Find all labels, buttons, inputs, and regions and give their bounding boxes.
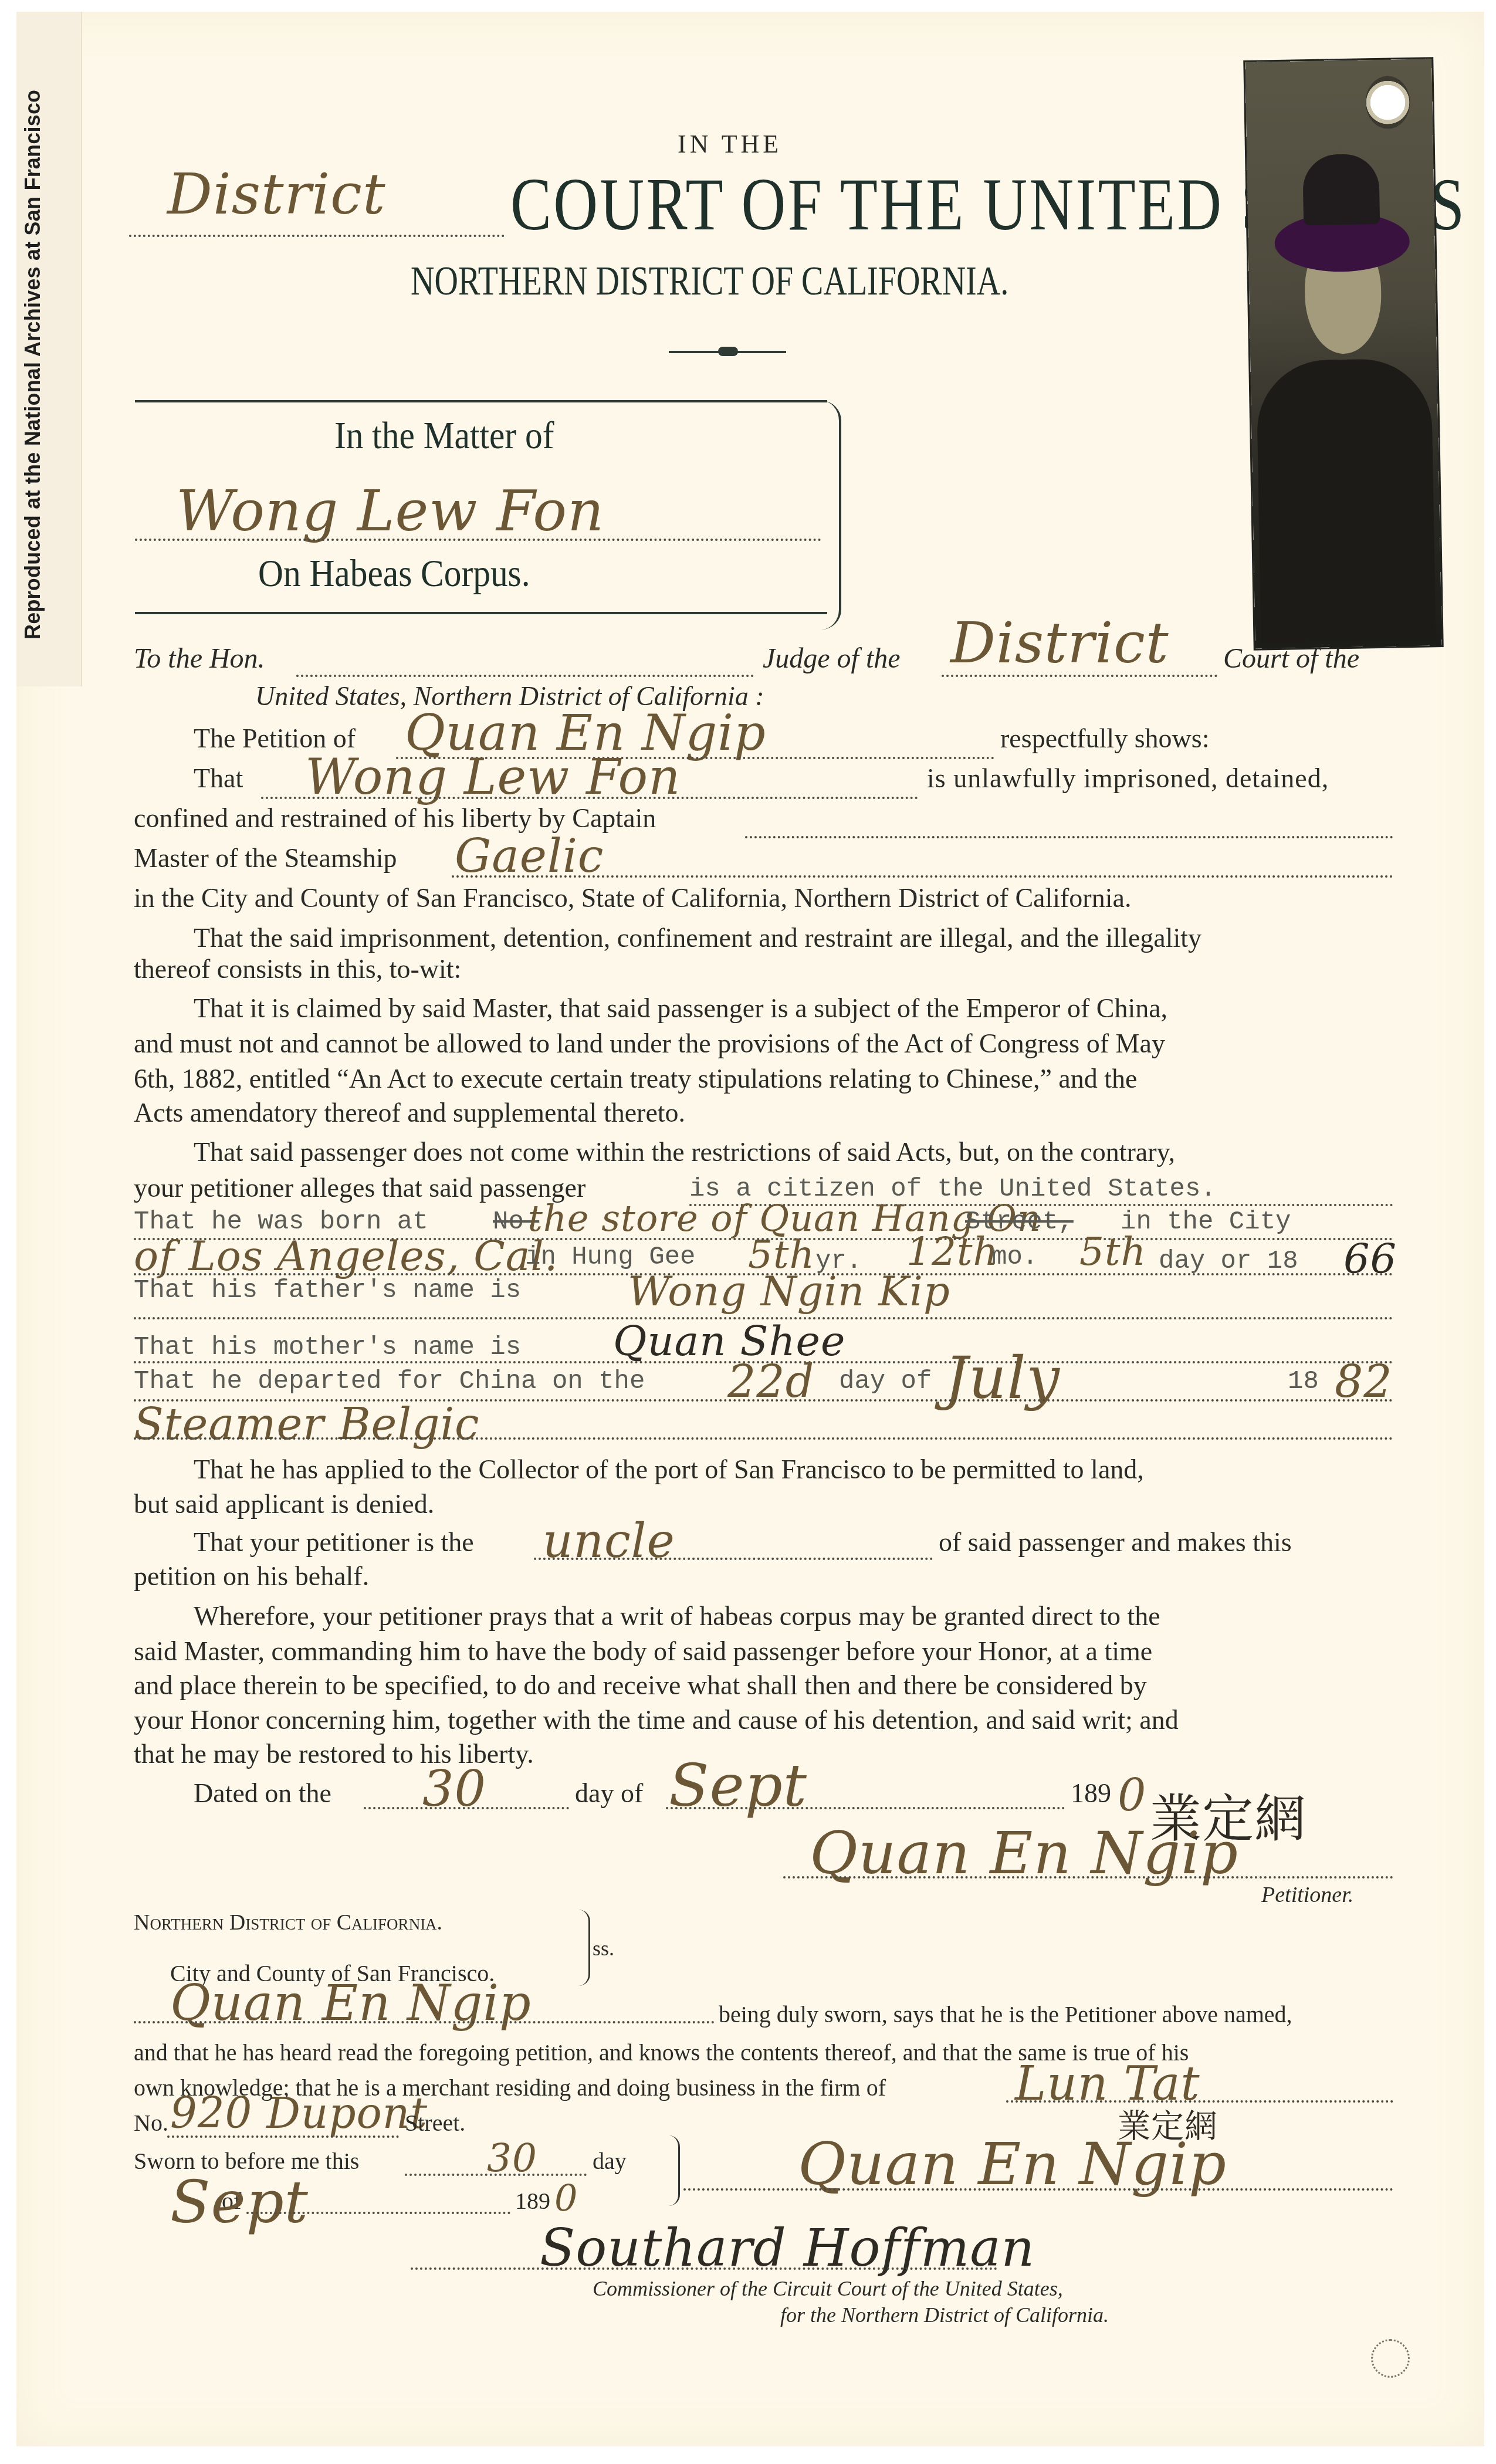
born-day-or: day or 18 — [1159, 1247, 1298, 1276]
relation-rest: of said passenger and makes this — [939, 1527, 1292, 1558]
passenger-name-line — [261, 797, 918, 799]
ss-label: ss. — [593, 1936, 614, 1961]
court-handwritten: District — [950, 610, 1169, 676]
para-claimed-4: Acts amendatory thereof and supplemental… — [134, 1097, 685, 1128]
dated-day-of: day of — [575, 1778, 643, 1809]
district-heading: NORTHERN DISTRICT OF CALIFORNIA. — [411, 258, 1008, 305]
caption-name-line — [135, 539, 821, 541]
sworn-day-label: day — [593, 2147, 627, 2175]
street-line — [167, 2135, 399, 2138]
that-label: That — [194, 763, 243, 794]
departed-ship-line — [134, 1437, 1393, 1440]
affiant-signature-line — [683, 2188, 1393, 2191]
judge-of-the: Judge of the — [763, 642, 901, 675]
born-day-handwritten: 5th — [1079, 1229, 1146, 1274]
para-illegal-2: thereof consists in this, to-wit: — [134, 953, 461, 984]
street-handwritten: 920 Dupont — [170, 2089, 428, 2138]
father-name-handwritten: Wong Ngin Kip — [628, 1267, 950, 1315]
dated-month-handwritten: Sept — [669, 1751, 807, 1820]
sworn-day-line — [405, 2174, 587, 2176]
court-type-line — [129, 235, 505, 237]
court-of-the: Court of the — [1223, 642, 1359, 675]
born-mo: mo. — [991, 1243, 1038, 1272]
relation-handwritten: uncle — [543, 1514, 675, 1568]
sworn-month-handwritten: Sept — [170, 2168, 309, 2236]
city-line: in the City and County of San Francisco,… — [134, 882, 1131, 913]
venue-line1: Northern District of California. — [134, 1910, 442, 1935]
para-not-within-1: That said passenger does not come within… — [194, 1136, 1175, 1167]
para-illegal-1: That the said imprisonment, detention, c… — [194, 922, 1201, 953]
sworn-year-handwritten: 0 — [554, 2177, 578, 2219]
photo-figure-body — [1256, 358, 1436, 642]
relation-label: That your petitioner is the — [194, 1527, 474, 1558]
commissioner-signature-line — [411, 2267, 997, 2270]
unlawfully-text: is unlawfully imprisoned, detained, — [927, 763, 1329, 794]
born-year-suffix-handwritten: 66 — [1343, 1235, 1397, 1283]
para-wherefore-3: and place therein to be specified, to do… — [134, 1670, 1147, 1701]
relation-line2: petition on his behalf. — [134, 1561, 369, 1592]
departed-ship-handwritten: Steamer Belgic — [134, 1399, 480, 1450]
photo-hat-crown — [1302, 154, 1380, 225]
petitioner-signature-line — [783, 1876, 1393, 1879]
photo-rivet-hole — [1365, 76, 1411, 129]
petitioner-label: Petitioner. — [1261, 1882, 1353, 1908]
para-wherefore-2: said Master, commanding him to have the … — [134, 1636, 1152, 1667]
dated-day-line — [364, 1807, 569, 1809]
sworn-year-prefix: 189 — [515, 2187, 550, 2215]
court-line — [942, 675, 1217, 677]
dated-year-handwritten: 0 — [1118, 1769, 1146, 1821]
caption-brace — [821, 401, 841, 629]
departed-year-prefix: 18 — [1288, 1367, 1319, 1396]
ornament-divider — [669, 351, 786, 353]
header-in-the: IN THE — [678, 129, 782, 159]
affiant-chinese-signature: 業定網 — [1118, 2100, 1218, 2147]
para-claimed-3: 6th, 1882, entitled “An Act to execute c… — [134, 1063, 1137, 1094]
portrait-photo — [1245, 59, 1441, 648]
judge-name-line — [296, 675, 754, 677]
relation-line — [534, 1558, 933, 1560]
dated-year-prefix: 189 — [1071, 1778, 1111, 1809]
para-wherefore-4: your Honor concerning him, together with… — [134, 1704, 1179, 1735]
in-the-matter-of: In the Matter of — [334, 414, 554, 458]
caption-top-rule — [135, 400, 827, 402]
para-wherefore-1: Wherefore, your petitioner prays that a … — [194, 1600, 1160, 1632]
to-the-hon: To the Hon. — [134, 642, 265, 675]
confined-text: confined and restrained of his liberty b… — [134, 803, 656, 834]
sworn-month-line — [246, 2212, 510, 2214]
para-claimed-1: That it is claimed by said Master, that … — [194, 993, 1167, 1024]
punch-hole-mark — [1371, 2339, 1410, 2378]
dated-label: Dated on the — [194, 1778, 331, 1809]
para-claimed-2: and must not and cannot be allowed to la… — [134, 1028, 1165, 1059]
commissioner-title-line2: for the Northern District of California. — [780, 2303, 1109, 2327]
dated-month-line — [666, 1807, 1065, 1809]
commissioner-title-line1: Commissioner of the Circuit Court of the… — [593, 2276, 1063, 2301]
caption-bottom-rule — [135, 612, 827, 614]
departed-month-handwritten: July — [945, 1343, 1060, 1412]
court-type-handwritten: District — [167, 161, 385, 227]
master-label: Master of the Steamship — [134, 842, 397, 874]
para-applied-1: That he has applied to the Collector of … — [194, 1454, 1144, 1485]
mother-typed: That his mother's name is — [134, 1333, 521, 1362]
signature-brace — [669, 2135, 680, 2206]
steamship-line — [452, 875, 1393, 878]
para-not-within-2: your petitioner alleges that said passen… — [134, 1172, 585, 1203]
father-typed: That his father's name is — [134, 1276, 521, 1305]
captain-name-line — [745, 836, 1393, 838]
street-label: Street. — [405, 2109, 465, 2137]
respectfully-shows: respectfully shows: — [1000, 723, 1209, 754]
departed-day-of: day of — [839, 1367, 932, 1396]
caption-name-handwritten: Wong Lew Fon — [176, 478, 604, 544]
sworn-line1: being duly sworn, says that he is the Pe… — [719, 2001, 1292, 2028]
affiant-line — [134, 2021, 715, 2023]
archive-label: Reproduced at the National Archives at S… — [21, 90, 45, 639]
on-habeas-corpus: On Habeas Corpus. — [258, 551, 530, 596]
no-label: No. — [134, 2109, 168, 2137]
venue-brace — [578, 1910, 590, 1986]
departed-typed: That he departed for China on the — [134, 1367, 645, 1396]
para-applied-2: but said applicant is denied. — [134, 1488, 434, 1519]
